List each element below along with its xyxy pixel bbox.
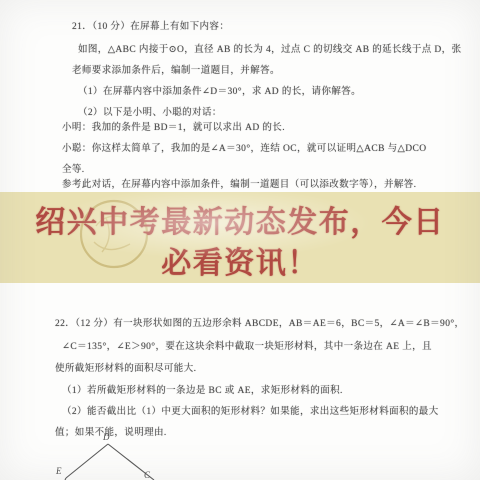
promo-banner[interactable]: 绍兴中考最新动态发布，今日 必看资讯！ [0, 192, 480, 283]
banner-text-line2: 必看资讯！ [0, 238, 480, 282]
problem22-body-line: ∠C＝135°，∠E＞90°，要在这块余料中截取一块矩形材料，其中一条边在 AE… [62, 338, 432, 352]
problem22-body-line: 使所截矩形材料的面积尽可能大. [55, 360, 196, 374]
problem21-part1: （1）在屏幕内容中添加条件∠D＝30°，求 AD 的长，请你解答。 [78, 83, 361, 97]
problem21-instruction: 参考此对话，在屏幕内容中添加条件，编制一道题目（可以添改数字等），并解答. [62, 176, 416, 190]
pentagon-figure: D E C [40, 428, 170, 480]
problem21-part2: （2）以下是小明、小聪的对话： [78, 104, 222, 118]
figure-label-d: D [102, 432, 110, 442]
problem22-part2: （2）能否截出比（1）中更大面积的矩形材料？如果能，求出这些矩形材料面积的最大 [62, 403, 439, 417]
problem21-dialog-xiaoming: 小明：我加的条件是 BD＝1，就可以求出 AD 的长. [62, 119, 285, 133]
problem21-dialog-cont: 全等. [62, 161, 85, 175]
problem21-body-line: 老师要求添加条件后，编制一道题目，并解答。 [72, 62, 280, 76]
banner-text: 绍兴中考最新动态发布，今日 必看资讯！ [0, 192, 480, 283]
problem22-part1: （1）若所截矩形材料的一条边是 BC 或 AE，求矩形材料的面积. [62, 382, 343, 396]
figure-label-e: E [55, 466, 62, 476]
problem21-dialog-xiaocong: 小聪：你这样太简单了，我加的是∠A＝30°，连结 OC，就可以证明△ACB 与△… [62, 140, 426, 154]
problem22-header: 22．（12 分）有一块形状如图的五边形余料 ABCDE，AB＝AE＝6，BC＝… [55, 315, 464, 329]
banner-text-line1: 绍兴中考最新动态发布，今日 [0, 197, 480, 241]
exam-paper-page: 21．（10 分）在屏幕上有如下内容： 如图，△ABC 内接于⊙O，直径 AB … [0, 0, 480, 480]
problem21-header: 21．（10 分）在屏幕上有如下内容： [72, 18, 229, 32]
problem21-body-line: 如图，△ABC 内接于⊙O，直径 AB 的长为 4，过点 C 的切线交 AB 的… [78, 41, 461, 55]
figure-label-c: C [144, 470, 151, 480]
